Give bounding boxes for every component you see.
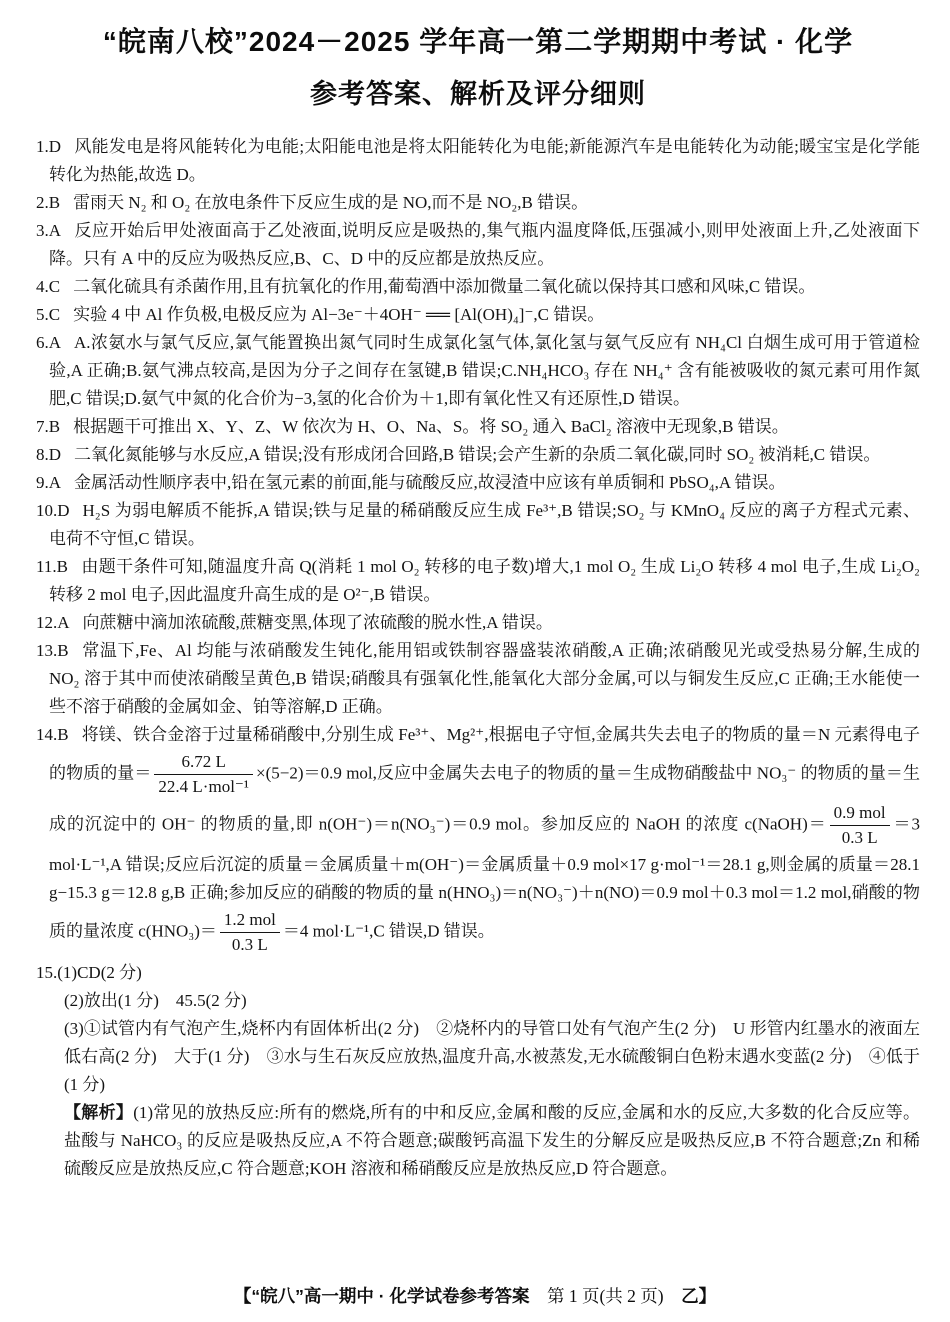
answer-11: 11.B由题干条件可知,随温度升高 Q(消耗 1 mol O₂ 转移的电子数)增… — [36, 553, 920, 609]
answer-4: 4.C二氧化硫具有杀菌作用,且有抗氧化的作用,葡萄酒中添加微量二氧化硫以保持其口… — [36, 273, 920, 301]
page-footer: 【“皖八”高一期中 · 化学试卷参考答案 第 1 页(共 2 页) 乙】 — [0, 1283, 950, 1308]
answer-5: 5.C实验 4 中 Al 作负极,电极反应为 Al−3e⁻＋4OH⁻ ══ [A… — [36, 301, 920, 329]
page-title: “皖南八校”2024－2025 学年高一第二学期期中考试 · 化学 — [36, 12, 920, 60]
item-number: 3.A — [36, 221, 61, 240]
item-number: 9.A — [36, 473, 61, 492]
item-number: 14.B — [36, 725, 69, 744]
answer-7: 7.B根据题干可推出 X、Y、Z、W 依次为 H、O、Na、S。将 SO₂ 通入… — [36, 413, 920, 441]
item-number: 8.D — [36, 445, 61, 464]
analysis-label: 【解析】 — [64, 1103, 133, 1122]
item-number: 11.B — [36, 557, 68, 576]
footer-paper-version: 乙】 — [681, 1286, 716, 1306]
item-number: 1.D — [36, 137, 61, 156]
answer-10: 10.DH₂S 为弱电解质不能拆,A 错误;铁与足量的稀硝酸反应生成 Fe³⁺,… — [36, 497, 920, 553]
answer-6: 6.AA.浓氨水与氯气反应,氯气能置换出氮气同时生成氯化氢气体,氯化氢与氨气反应… — [36, 329, 920, 413]
item-number: 5.C — [36, 305, 60, 324]
item-number: 2.B — [36, 193, 60, 212]
fraction: 6.72 L22.4 L·mol⁻¹ — [154, 751, 253, 798]
item-number: 10.D — [36, 501, 70, 520]
answer-15-part3: (3)①试管内有气泡产生,烧杯内有固体析出(2 分) ②烧杯内的导管口处有气泡产… — [36, 1015, 920, 1099]
item-number: 12.A — [36, 613, 70, 632]
item-number: 7.B — [36, 417, 60, 436]
item-number: 13.B — [36, 641, 69, 660]
answer-8: 8.D二氧化氮能够与水反应,A 错误;没有形成闭合回路,B 错误;会产生新的杂质… — [36, 441, 920, 469]
footer-page-number: 第 1 页(共 2 页) — [529, 1286, 681, 1306]
item-number: 6.A — [36, 333, 61, 352]
answer-15-part2: (2)放出(1 分) 45.5(2 分) — [36, 987, 920, 1015]
item-number: 4.C — [36, 277, 60, 296]
answer-3: 3.A反应开始后甲处液面高于乙处液面,说明反应是吸热的,集气瓶内温度降低,压强减… — [36, 217, 920, 273]
answer-9: 9.A金属活动性顺序表中,铅在氢元素的前面,能与硫酸反应,故浸渣中应该有单质铜和… — [36, 469, 920, 497]
answer-12: 12.A向蔗糖中滴加浓硫酸,蔗糖变黑,体现了浓硫酸的脱水性,A 错误。 — [36, 609, 920, 637]
page-subtitle: 参考答案、解析及评分细则 — [36, 72, 920, 111]
answer-15-part1: 15.(1)CD(2 分) — [36, 959, 920, 987]
fraction: 1.2 mol0.3 L — [220, 909, 280, 956]
answer-1: 1.D风能发电是将风能转化为电能;太阳能电池是将太阳能转化为电能;新能源汽车是电… — [36, 133, 920, 189]
answer-2: 2.B雷雨天 N₂ 和 O₂ 在放电条件下反应生成的是 NO,而不是 NO₂,B… — [36, 189, 920, 217]
document-page: “皖南八校”2024－2025 学年高一第二学期期中考试 · 化学 参考答案、解… — [0, 0, 950, 1322]
fraction: 0.9 mol0.3 L — [830, 802, 890, 849]
footer-exam-name: 【“皖八”高一期中 · 化学试卷参考答案 — [234, 1286, 530, 1306]
answer-13: 13.B常温下,Fe、Al 均能与浓硝酸发生钝化,能用铝或铁制容器盛装浓硝酸,A… — [36, 637, 920, 721]
answer-15-analysis: 【解析】(1)常见的放热反应:所有的燃烧,所有的中和反应,金属和酸的反应,金属和… — [36, 1099, 920, 1183]
answer-list: 1.D风能发电是将风能转化为电能;太阳能电池是将太阳能转化为电能;新能源汽车是电… — [36, 133, 920, 1183]
answer-14: 14.B将镁、铁合金溶于过量稀硝酸中,分别生成 Fe³⁺、Mg²⁺,根据电子守恒… — [36, 721, 920, 959]
item-number: 15. — [36, 963, 57, 982]
